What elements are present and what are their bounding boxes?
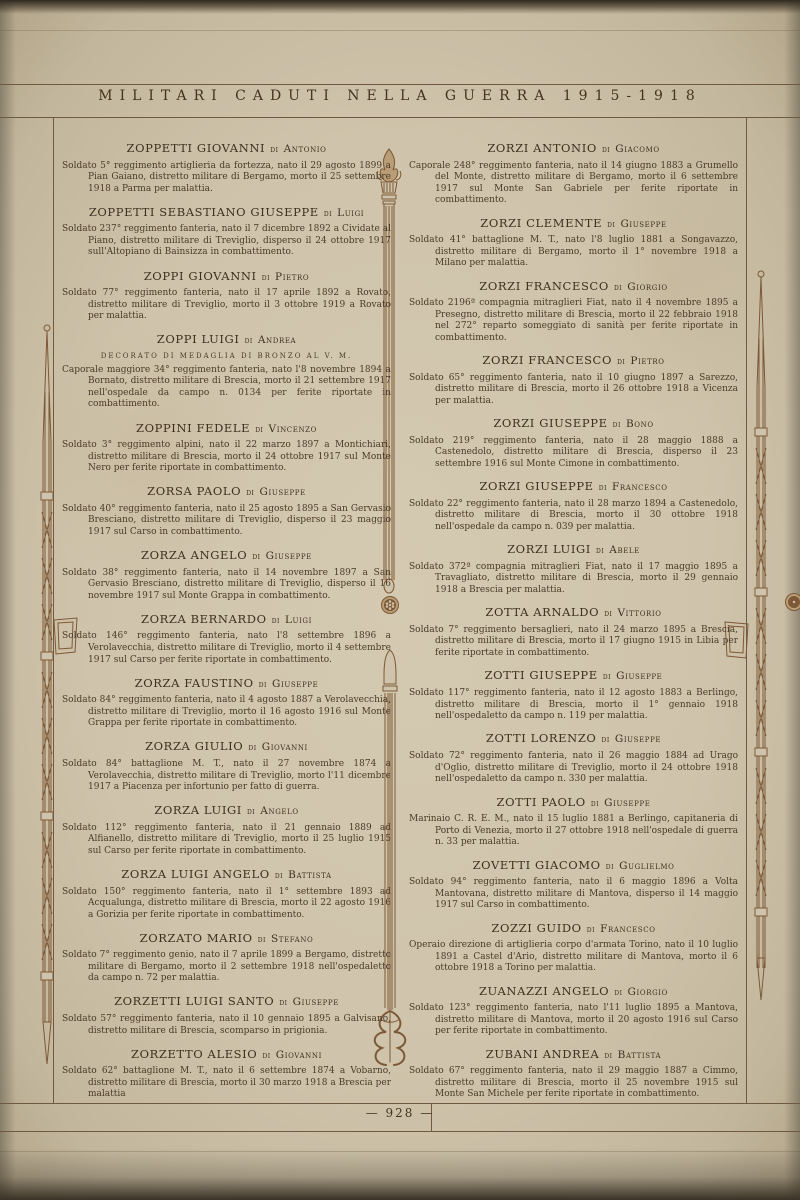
father-name: Bono: [626, 418, 654, 430]
soldier-name: ZORZI GIUSEPPE: [479, 479, 593, 493]
soldier-record-text: Soldato 57° reggimento fanteria, nato il…: [62, 1014, 391, 1037]
soldier-entry: ZORZI FRANCESCO di Giorgio Soldato 2196ª…: [409, 276, 738, 345]
soldier-name: ZOTTA ARNALDO: [485, 605, 599, 619]
father-name: Stefano: [271, 933, 313, 945]
register-columns: ZOPPETTI GIOVANNI di Antonio Soldato 5° …: [62, 138, 738, 1101]
soldier-name: ZORZI FRANCESCO: [482, 353, 612, 367]
soldier-name-heading: ZORZA FAUSTINO di Giuseppe: [62, 673, 391, 691]
father-name: Giuseppe: [293, 996, 339, 1008]
father-name: Giuseppe: [620, 218, 666, 230]
soldier-name: ZOTTI PAOLO: [497, 795, 586, 809]
soldier-entry: ZOZZI GUIDO di Francesco Operaio direzio…: [409, 918, 738, 975]
soldier-entry: ZOPPI LUIGI di Andrea DECORATO DI MEDAGL…: [62, 329, 391, 411]
soldier-entry: ZORSA PAOLO di Giuseppe Soldato 40° regg…: [62, 481, 391, 538]
patronymic-particle: di: [596, 546, 604, 555]
soldier-name: ZOTTI GIUSEPPE: [485, 668, 598, 682]
scan-top-edge: [0, 0, 800, 14]
soldier-name-heading: ZOTTA ARNALDO di Vittorio: [409, 602, 738, 620]
soldier-name: ZORZA LUIGI ANGELO: [121, 867, 269, 881]
father-name: Pietro: [630, 355, 664, 367]
left-staff-ornament: [34, 322, 60, 1074]
soldier-record-text: Soldato 40° reggimento fanteria, nato il…: [62, 504, 391, 539]
patronymic-particle: di: [599, 483, 607, 492]
soldier-entry: ZORZA FAUSTINO di Giuseppe Soldato 84° r…: [62, 673, 391, 730]
father-name: Vittorio: [617, 607, 661, 619]
soldier-name: ZORZI LUIGI: [507, 542, 591, 556]
scan-bottom-edge: [0, 1148, 800, 1200]
patronymic-particle: di: [259, 680, 267, 689]
soldier-name-heading: ZORZI FRANCESCO di Pietro: [409, 350, 738, 368]
soldier-name: ZOZZI GUIDO: [491, 921, 581, 935]
soldier-name-heading: ZOPPINI FEDELE di Vincenzo: [62, 418, 391, 436]
soldier-name: ZORZA BERNARDO: [141, 612, 267, 626]
soldier-name: ZOPPINI FEDELE: [136, 421, 250, 435]
soldier-name-heading: ZORZI LUIGI di Abele: [409, 539, 738, 557]
patronymic-particle: di: [602, 145, 610, 154]
soldier-entry: ZOTTA ARNALDO di Vittorio Soldato 7° reg…: [409, 602, 738, 659]
soldier-name-heading: ZORZETTO ALESIO di Giovanni: [62, 1044, 391, 1062]
father-name: Luigi: [285, 614, 312, 626]
soldier-entry: ZORZA BERNARDO di Luigi Soldato 146° reg…: [62, 609, 391, 666]
patronymic-particle: di: [252, 552, 260, 561]
soldier-entry: ZORZI GIUSEPPE di Bono Soldato 219° regg…: [409, 413, 738, 470]
soldier-record-text: Soldato 94° reggimento fanteria, nato il…: [409, 877, 738, 912]
father-name: Luigi: [337, 207, 364, 219]
patronymic-particle: di: [603, 672, 611, 681]
soldier-name-heading: ZOPPETTI SEBASTIANO GIUSEPPE di Luigi: [62, 202, 391, 220]
soldier-record-text: Soldato 65° reggimento fanteria, nato il…: [409, 373, 738, 408]
soldier-record-text: Soldato 67° reggimento fanteria, nato il…: [409, 1066, 738, 1101]
father-name: Giuseppe: [272, 678, 318, 690]
father-name: Giuseppe: [266, 550, 312, 562]
soldier-name-heading: ZORZA BERNARDO di Luigi: [62, 609, 391, 627]
soldier-record-text: Soldato 123° reggimento fanteria, nato l…: [409, 1003, 738, 1038]
soldier-entry: ZOTTI PAOLO di Giuseppe Marinaio C. R. E…: [409, 792, 738, 849]
soldier-record-text: Operaio direzione di artiglieria corpo d…: [409, 940, 738, 975]
patronymic-particle: di: [246, 488, 254, 497]
soldier-name-heading: ZORZA ANGELO di Giuseppe: [62, 545, 391, 563]
patronymic-particle: di: [587, 925, 595, 934]
patronymic-particle: di: [602, 735, 610, 744]
soldier-entry: ZORZI GIUSEPPE di Francesco Soldato 22° …: [409, 476, 738, 533]
soldier-record-text: Soldato 219° reggimento fanteria, nato i…: [409, 436, 738, 471]
soldier-entry: ZORZA ANGELO di Giuseppe Soldato 38° reg…: [62, 545, 391, 602]
soldier-record-text: Soldato 84° battaglione M. T., nato il 2…: [62, 759, 391, 794]
father-name: Giuseppe: [604, 797, 650, 809]
soldier-name-heading: ZORZI CLEMENTE di Giuseppe: [409, 213, 738, 231]
soldier-record-text: Soldato 2196ª compagnia mitraglieri Fiat…: [409, 298, 738, 344]
patronymic-particle: di: [604, 1051, 612, 1060]
header-bottom-rule: [0, 117, 800, 118]
patronymic-particle: di: [614, 283, 622, 292]
soldier-entry: ZORZI LUIGI di Abele Soldato 372ª compag…: [409, 539, 738, 596]
soldier-entry: ZOPPI GIOVANNI di Pietro Soldato 77° reg…: [62, 266, 391, 323]
soldier-record-text: Soldato 84° reggimento fanteria, nato il…: [62, 695, 391, 730]
soldier-name: ZOPPETTI SEBASTIANO GIUSEPPE: [89, 205, 319, 219]
soldier-name: ZORZI ANTONIO: [487, 141, 597, 155]
soldier-entry: ZORZI FRANCESCO di Pietro Soldato 65° re…: [409, 350, 738, 407]
soldier-name: ZORZI GIUSEPPE: [493, 416, 607, 430]
soldier-entry: ZORZA GIULIO di Giovanni Soldato 84° bat…: [62, 736, 391, 793]
patronymic-particle: di: [275, 871, 283, 880]
father-name: Giovanni: [262, 741, 308, 753]
soldier-name-heading: ZORZA LUIGI ANGELO di Battista: [62, 864, 391, 882]
soldier-record-text: Soldato 77° reggimento fanteria, nato il…: [62, 288, 391, 323]
soldier-name-heading: ZUBANI ANDREA di Battista: [409, 1044, 738, 1062]
father-name: Battista: [288, 869, 332, 881]
father-name: Giovanni: [276, 1049, 322, 1061]
soldier-name-heading: ZOPPETTI GIOVANNI di Antonio: [62, 138, 391, 156]
soldier-entry: ZOPPETTI GIOVANNI di Antonio Soldato 5° …: [62, 138, 391, 195]
soldier-name: ZORZA LUIGI: [154, 803, 242, 817]
scan-left-edge: [0, 0, 16, 1200]
patronymic-particle: di: [604, 609, 612, 618]
soldier-record-text: Soldato 62° battaglione M. T., nato il 6…: [62, 1066, 391, 1101]
soldier-entry: ZORZA LUIGI di Angelo Soldato 112° reggi…: [62, 800, 391, 857]
father-name: Abele: [609, 544, 640, 556]
father-name: Giacomo: [615, 143, 659, 155]
soldier-name-heading: ZOTTI LORENZO di Giuseppe: [409, 728, 738, 746]
soldier-entry: ZOVETTI GIACOMO di Guglielmo Soldato 94°…: [409, 855, 738, 912]
soldier-entry: ZOPPETTI SEBASTIANO GIUSEPPE di Luigi So…: [62, 202, 391, 259]
soldier-record-text: Soldato 38° reggimento fanteria, nato il…: [62, 568, 391, 603]
father-name: Giorgio: [627, 281, 667, 293]
father-name: Guglielmo: [619, 860, 674, 872]
father-name: Battista: [618, 1049, 662, 1061]
soldier-record-text: Soldato 117° reggimento fanteria, nato i…: [409, 688, 738, 723]
right-column: ZORZI ANTONIO di Giacomo Caporale 248° r…: [409, 138, 738, 1101]
left-column: ZOPPETTI GIOVANNI di Antonio Soldato 5° …: [62, 138, 391, 1101]
soldier-name-heading: ZOVETTI GIACOMO di Guglielmo: [409, 855, 738, 873]
soldier-entry: ZORZI ANTONIO di Giacomo Caporale 248° r…: [409, 138, 738, 207]
soldier-name-heading: ZOTTI PAOLO di Giuseppe: [409, 792, 738, 810]
soldier-name: ZORZETTO ALESIO: [131, 1047, 257, 1061]
soldier-name: ZORZI FRANCESCO: [479, 279, 609, 293]
father-name: Giuseppe: [616, 670, 662, 682]
soldier-name: ZORZETTI LUIGI SANTO: [114, 994, 274, 1008]
patronymic-particle: di: [258, 935, 266, 944]
soldier-entry: ZORZETTI LUIGI SANTO di Giuseppe Soldato…: [62, 991, 391, 1037]
father-name: Angelo: [260, 805, 298, 817]
patronymic-particle: di: [248, 743, 256, 752]
soldier-name: ZOTTI LORENZO: [486, 731, 597, 745]
soldier-name: ZUANAZZI ANGELO: [479, 984, 609, 998]
soldier-record-text: Soldato 150° reggimento fanteria, nato i…: [62, 887, 391, 922]
soldier-name: ZORZA FAUSTINO: [135, 676, 254, 690]
soldier-name-heading: ZORZA GIULIO di Giovanni: [62, 736, 391, 754]
father-name: Antonio: [284, 143, 327, 155]
soldier-name: ZORZA ANGELO: [141, 548, 247, 562]
soldier-record-text: Soldato 72° reggimento fanteria, nato il…: [409, 751, 738, 786]
patronymic-particle: di: [613, 420, 621, 429]
page-title: MILITARI CADUTI NELLA GUERRA 1915-1918: [0, 88, 800, 104]
father-name: Andrea: [258, 334, 296, 346]
soldier-record-text: Soldato 237° reggimento fanteria, nato i…: [62, 224, 391, 259]
soldier-name-heading: ZOTTI GIUSEPPE di Giuseppe: [409, 665, 738, 683]
soldier-record-text: Soldato 146° reggimento fanteria, nato l…: [62, 631, 391, 666]
soldier-name: ZOPPI LUIGI: [157, 332, 240, 346]
soldier-name-heading: ZOPPI GIOVANNI di Pietro: [62, 266, 391, 284]
soldier-record-text: Soldato 372ª compagnia mitraglieri Fiat,…: [409, 562, 738, 597]
soldier-name-heading: ZUANAZZI ANGELO di Giorgio: [409, 981, 738, 999]
father-name: Vincenzo: [269, 423, 317, 435]
page-number: — 928 —: [0, 1106, 800, 1120]
soldier-name: ZORZI CLEMENTE: [480, 216, 602, 230]
soldier-record-text: Caporale 248° reggimento fanteria, nato …: [409, 161, 738, 207]
soldier-name: ZOVETTI GIACOMO: [473, 858, 601, 872]
father-name: Francesco: [612, 481, 668, 493]
soldier-name-heading: ZORZETTI LUIGI SANTO di Giuseppe: [62, 991, 391, 1009]
soldier-name: ZORZA GIULIO: [145, 739, 243, 753]
book-page: MILITARI CADUTI NELLA GUERRA 1915-1918: [0, 0, 800, 1200]
soldier-entry: ZORZATO MARIO di Stefano Soldato 7° regg…: [62, 928, 391, 985]
father-name: Giorgio: [628, 986, 668, 998]
header-top-rule: [0, 84, 800, 85]
patronymic-particle: di: [262, 1051, 270, 1060]
patronymic-particle: di: [262, 273, 270, 282]
soldier-name: ZORZATO MARIO: [140, 931, 253, 945]
patronymic-particle: di: [324, 209, 332, 218]
soldier-name-heading: ZORZA LUIGI di Angelo: [62, 800, 391, 818]
soldier-entry: ZOPPINI FEDELE di Vincenzo Soldato 3° re…: [62, 418, 391, 475]
patronymic-particle: di: [255, 425, 263, 434]
soldier-name-heading: ZOZZI GUIDO di Francesco: [409, 918, 738, 936]
soldier-entry: ZOTTI LORENZO di Giuseppe Soldato 72° re…: [409, 728, 738, 785]
patronymic-particle: di: [614, 988, 622, 997]
father-name: Francesco: [600, 923, 656, 935]
soldier-record-text: Caporale maggiore 34° reggimento fanteri…: [62, 365, 391, 411]
soldier-record-text: Soldato 7° reggimento bersaglieri, nato …: [409, 625, 738, 660]
soldier-name-heading: ZORZATO MARIO di Stefano: [62, 928, 391, 946]
patronymic-particle: di: [607, 220, 615, 229]
soldier-name-heading: ZOPPI LUIGI di Andrea: [62, 329, 391, 347]
soldier-entry: ZOTTI GIUSEPPE di Giuseppe Soldato 117° …: [409, 665, 738, 722]
soldier-record-text: Soldato 22° reggimento fanteria, nato il…: [409, 499, 738, 534]
edge-rosette-ornament: [784, 592, 800, 612]
patronymic-particle: di: [270, 145, 278, 154]
soldier-entry: ZORZA LUIGI ANGELO di Battista Soldato 1…: [62, 864, 391, 921]
soldier-name-heading: ZORZI ANTONIO di Giacomo: [409, 138, 738, 156]
soldier-record-text: Soldato 3° reggimento alpini, nato il 22…: [62, 440, 391, 475]
patronymic-particle: di: [617, 357, 625, 366]
soldier-name-heading: ZORZI FRANCESCO di Giorgio: [409, 276, 738, 294]
frame-right-rule: [746, 117, 747, 1103]
patronymic-particle: di: [247, 807, 255, 816]
soldier-name: ZUBANI ANDREA: [486, 1047, 599, 1061]
soldier-name: ZORSA PAOLO: [147, 484, 241, 498]
soldier-entry: ZORZETTO ALESIO di Giovanni Soldato 62° …: [62, 1044, 391, 1101]
soldier-entry: ZORZI CLEMENTE di Giuseppe Soldato 41° b…: [409, 213, 738, 270]
soldier-entry: ZUANAZZI ANGELO di Giorgio Soldato 123° …: [409, 981, 738, 1038]
patronymic-particle: di: [591, 799, 599, 808]
father-name: Pietro: [275, 271, 309, 283]
soldier-record-text: Soldato 41° battaglione M. T., nato l'8 …: [409, 235, 738, 270]
patronymic-particle: di: [272, 616, 280, 625]
soldier-entry: ZUBANI ANDREA di Battista Soldato 67° re…: [409, 1044, 738, 1101]
father-name: Giuseppe: [260, 486, 306, 498]
right-staff-ornament: [748, 268, 774, 1020]
decoration-line: DECORATO DI MEDAGLIA DI BRONZO AL V. M.: [62, 352, 391, 360]
patronymic-particle: di: [606, 862, 614, 871]
patronymic-particle: di: [279, 998, 287, 1007]
soldier-name: ZOPPI GIOVANNI: [144, 269, 257, 283]
paper-crease-line: [0, 30, 800, 31]
patronymic-particle: di: [245, 336, 253, 345]
soldier-name-heading: ZORSA PAOLO di Giuseppe: [62, 481, 391, 499]
soldier-record-text: Soldato 112° reggimento fanteria, nato i…: [62, 823, 391, 858]
footer-top-rule: [0, 1103, 800, 1104]
soldier-record-text: Soldato 5° reggimento artiglieria da for…: [62, 161, 391, 196]
soldier-record-text: Soldato 7° reggimento genio, nato il 7 a…: [62, 950, 391, 985]
father-name: Giuseppe: [615, 733, 661, 745]
soldier-record-text: Marinaio C. R. E. M., nato il 15 luglio …: [409, 814, 738, 849]
soldier-name: ZOPPETTI GIOVANNI: [126, 141, 265, 155]
soldier-name-heading: ZORZI GIUSEPPE di Francesco: [409, 476, 738, 494]
soldier-name-heading: ZORZI GIUSEPPE di Bono: [409, 413, 738, 431]
footer-bottom-rule: [0, 1131, 800, 1132]
